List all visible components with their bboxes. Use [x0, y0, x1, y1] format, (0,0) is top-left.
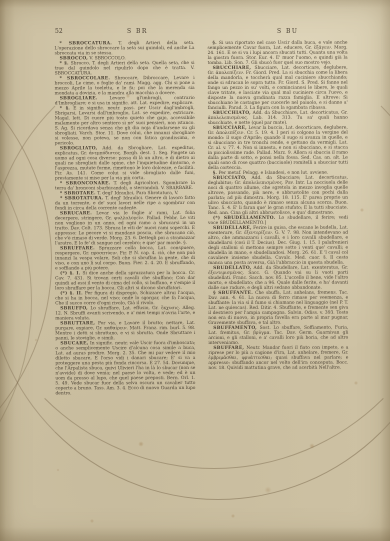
entry-paragraph: SBUFFAMENTO, Sost. Lo sbuffare, Soffiame… [208, 326, 348, 346]
ring-stain-left-inner [0, 55, 32, 541]
entry-paragraph: § SBUFFANTE. Che sbuffa, Lat. anhelans, … [208, 291, 348, 326]
entry-headword: SBUDELLATO, [213, 266, 251, 271]
running-head-right: S BU [277, 28, 298, 35]
entry-paragraph: SBUDELLARE, Ferire in guisa, che escano … [208, 226, 348, 266]
entry-headword: SBUCCIATO, [213, 176, 247, 181]
entry-headword: SBRUFFARE. [60, 246, 95, 251]
entry-headword: SBUCCIARE, [213, 126, 247, 131]
text-column-right: §. Si usa riportato nel caso Uscir dalla… [208, 41, 349, 396]
entry-headword: * SBROCCOLARE. [60, 76, 111, 81]
entry-headword: SBUCCHIATO, [213, 111, 251, 116]
entry-headword: SBUCARE, [60, 341, 88, 346]
book-page: 52 S BR S BU * SBROCCATURA. T. degli Art… [0, 0, 390, 541]
text-block: * SBROCCATURA. T. degli Artieri della se… [55, 41, 349, 397]
entry-headword: * SBRONCONARE. [60, 181, 111, 186]
entry-paragraph: SBUDELLATO, Add. da Sbudellare, Lat. exe… [208, 266, 348, 291]
entry-headword: SBROGLIATO, [60, 146, 98, 151]
entry-paragraph: SBUCARE, In signific. neutr. vale Uscir … [55, 341, 195, 396]
entry-headword: SBUCCHIARE, [213, 66, 252, 71]
entry-paragraph: (*) §. I. Si dice anche della spruzzatur… [55, 271, 195, 291]
entry-headword: SBRUFFO, [60, 306, 88, 311]
entry-headword: §. [213, 41, 217, 46]
page-number: 52 [55, 28, 63, 35]
entry-paragraph: SBUCCHIARE, Sbucciare, Lat. decorticare,… [208, 66, 348, 111]
entry-paragraph: * §. Sbrocco, T. degli Artieri della set… [55, 61, 195, 76]
entry-paragraph: SBROGLIARE. Levare gl'imbrogli, contrari… [55, 96, 195, 106]
entry-paragraph: SBUCCHIATO, Add. da Sbucchiare, Lat. dec… [208, 111, 348, 126]
entry-headword: § SBUFFANTE. [213, 291, 253, 296]
entry-headword: SBRUTTARE, [60, 321, 95, 326]
entry-paragraph: * SBROTATURA. T. degl' Idraulici. Genere… [55, 196, 195, 211]
entry-paragraph: * SBROCCOLARE. Sbroccare, Dibroccare, Le… [55, 76, 195, 96]
entry-paragraph: §. Si usa riportato nel caso Uscir dalla… [208, 41, 348, 66]
entry-headword: SBUFFARE, [213, 346, 244, 351]
entry-headword: SBUDELLARE, [213, 226, 252, 231]
entry-paragraph: SBRUCARE. Levar via le foglie a' rami, L… [55, 211, 195, 246]
entry-paragraph: SBUCCIARE, Levar la buccia, Lat. decorti… [208, 126, 348, 171]
entry-headword: SBRUCARE. [60, 211, 92, 216]
text-column-left: * SBROCCATURA. T. degli Artieri della se… [55, 41, 196, 396]
running-head: 52 S BR S BU [55, 28, 348, 38]
entry-paragraph: (*) §. II. Per figura di dispregio, Schi… [55, 291, 195, 306]
ring-stain-left-outer [0, 26, 52, 496]
entry-paragraph: SBROGLIATO, Add. da Sbrogliare, Lat. exp… [55, 146, 195, 181]
entry-headword: SBROGLIARE. [60, 96, 98, 101]
entry-headword: * §. [60, 61, 69, 66]
entry-paragraph: * SBROCCATURA. T. degli Artieri della se… [55, 41, 195, 56]
entry-paragraph: SBUFFARE, Neutr. Mandar fuori il fiato c… [208, 346, 348, 371]
entry-headword: (*) §. II. [60, 291, 83, 296]
running-head-left: S BR [127, 28, 148, 35]
entry-headword: (*) SBUDELLAMENTO. [213, 216, 275, 221]
entry-paragraph: SBRUTTARE, Por via, e Lavare il brutto; … [55, 321, 195, 341]
entry-paragraph: SBUCCIATO, Add. da Sbucciare; Lat. decor… [208, 176, 348, 216]
entry-paragraph: (*) SBUDELLAMENTO. Lo sbudellare, il fer… [208, 216, 348, 226]
entry-paragraph: SBRUFFARE. Spruzzare colla bocca, Lat. c… [55, 246, 195, 271]
entry-headword: (*) §. I. [60, 271, 80, 276]
entry-paragraph: * §. E in signific. neutr. pass. per Usc… [55, 106, 195, 146]
entry-paragraph: * SBRONCONARE. T. degli Agricoltori. Sgo… [55, 181, 195, 191]
entry-headword: * SBROCCATURA. [60, 41, 112, 46]
entry-headword: * §. [60, 106, 70, 111]
entry-paragraph: SBRUFFO, Lo sbruffare, Lat. effusio, Gr.… [55, 306, 195, 321]
entry-headword: * SBROTATURA. [60, 196, 104, 201]
entry-headword: SBUFFAMENTO, [213, 326, 257, 331]
